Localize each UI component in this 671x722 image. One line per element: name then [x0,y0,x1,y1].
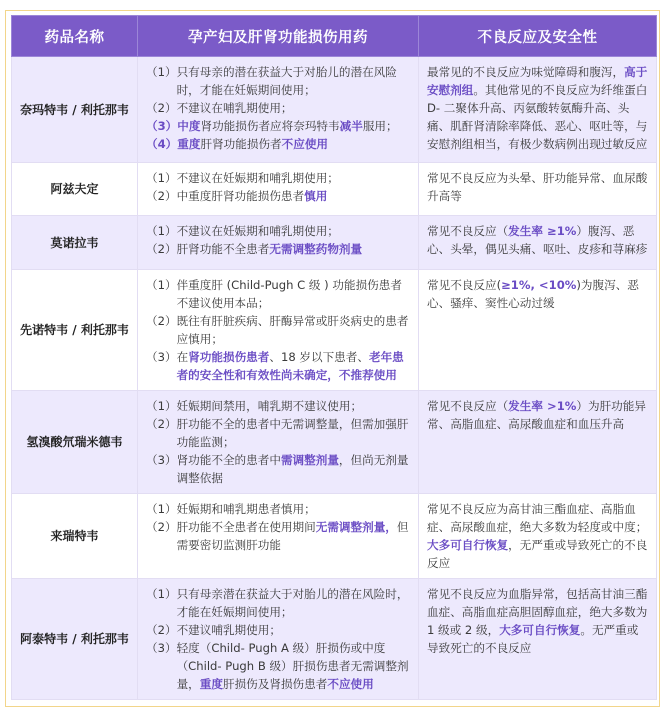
table-body: 奈玛特韦 / 利托那韦（1）只有母亲的潜在获益大于对胎儿的潜在风险时，才能在妊娠… [12,57,657,700]
usage-item: （2）既往有肝脏疾病、肝酶异常或肝炎病史的患者应慎用； [146,312,410,348]
body-text: 只有母亲的潜在获益大于对胎儿的潜在风险时，才能在妊娠期间使用； [177,65,397,97]
table-row: 先诺特韦 / 利托那韦（1）伴重度肝 (Child-Pugh C 级 ) 功能损… [12,270,657,391]
body-text: 肝功能不全的患者中无需调整量，但需加强肝功能监测； [177,417,409,449]
body-text: 常见不良反应（ [427,224,508,238]
body-text: 不建议在哺乳期使用； [177,101,293,115]
body-text: 肝损伤及肾损伤患者 [223,677,327,691]
safety-cell: 常见不良反应（发生率 >1%）为肝功能异常、高脂血症、高尿酸血症和血压升高 [419,391,657,494]
item-text: 只有母亲潜在获益大于对胎儿的潜在风险时，才能在妊娠期间使用； [177,585,410,621]
item-text: 不建议在妊娠期和哺乳期使用； [177,222,410,240]
body-text: 妊娠期和哺乳期患者慎用； [177,502,316,516]
safety-cell: 常见不良反应（发生率 ≥1%）腹泻、恶心、头晕，偶见头痛、呕吐、皮疹和荨麻疹 [419,216,657,270]
highlight-text: 发生率 ≥1% [508,224,576,238]
usage-item: （1）伴重度肝 (Child-Pugh C 级 ) 功能损伤患者不建议使用本品； [146,276,410,312]
item-text: 在肾功能损伤患者、18 岁以下患者、老年患者的安全性和有效性尚未确定，不推荐使用 [177,348,410,384]
body-text: 只有母亲潜在获益大于对胎儿的潜在风险时，才能在妊娠期间使用； [177,587,409,619]
body-text: 既往有肝脏疾病、肝酶异常或肝炎病史的患者应慎用； [177,314,409,346]
highlight-text: 发生率 >1% [508,399,576,413]
item-text: 轻度（Child- Pugh A 级）肝损伤或中度（Child- Pugh B … [177,639,410,693]
table-row: 阿兹夫定（1）不建议在妊娠期和哺乳期使用；（2）中重度肝肾功能损伤患者慎用常见不… [12,163,657,216]
safety-cell: 最常见的不良反应为味觉障碍和腹泻，高于安慰剂组。其他常见的不良反应为纤维蛋白 D… [419,57,657,163]
item-text: 妊娠期和哺乳期患者慎用； [177,500,410,518]
item-text: 不建议在哺乳期使用； [177,99,410,117]
body-text: 、18 岁以下患者、 [269,350,369,364]
body-text: 服用； [363,119,398,133]
safety-cell: 常见不良反应(≥1%, <10%)为腹泻、恶心、骚痒、窦性心动过缓 [419,270,657,391]
table-row: 阿泰特韦 / 利托那韦（1）只有母亲潜在获益大于对胎儿的潜在风险时，才能在妊娠期… [12,579,657,700]
body-text: 肝肾功能不全患者 [177,242,270,256]
item-number: （1） [146,585,177,621]
body-text: 中重度肝肾功能损伤患者 [177,189,305,203]
usage-cell: （1）不建议在妊娠期和哺乳期使用；（2）中重度肝肾功能损伤患者慎用 [138,163,419,216]
body-text: 常见不良反应为头晕、肝功能异常、血尿酸升高等 [427,171,647,203]
table-row: 氢溴酸氘瑞米德韦（1）妊娠期间禁用，哺乳期不建议使用；（2）肝功能不全的患者中无… [12,391,657,494]
highlight-text: 慎用 [304,189,327,203]
header-usage: 孕产妇及肝肾功能损伤用药 [138,16,419,57]
usage-item: （3）在肾功能损伤患者、18 岁以下患者、老年患者的安全性和有效性尚未确定，不推… [146,348,410,384]
body-text: 最常见的不良反应为味觉障碍和腹泻， [427,65,624,79]
highlight-text: 不应使用 [282,137,328,151]
drug-comparison-table: 药品名称 孕产妇及肝肾功能损伤用药 不良反应及安全性 奈玛特韦 / 利托那韦（1… [11,15,657,700]
item-number: （2） [146,312,177,348]
body-text: 在 [177,350,189,364]
usage-cell: （1）不建议在妊娠期和哺乳期使用；（2）肝肾功能不全患者无需调整药物剂量 [138,216,419,270]
highlight-text: 无需调整剂量， [316,520,397,534]
highlight-text: 不应使用 [327,677,373,691]
table-row: 来瑞特韦（1）妊娠期和哺乳期患者慎用；（2）肝功能不全患者在使用期间无需调整剂量… [12,494,657,579]
usage-item: （1）只有母亲潜在获益大于对胎儿的潜在风险时，才能在妊娠期间使用； [146,585,410,621]
usage-item: （1）不建议在妊娠期和哺乳期使用； [146,169,410,187]
highlight-text: ≥1%, <10% [501,278,576,292]
item-number: （1） [146,397,177,415]
item-text: 中度肾功能损伤者应将奈玛特韦减半服用； [177,117,410,135]
item-text: 既往有肝脏疾病、肝酶异常或肝炎病史的患者应慎用； [177,312,410,348]
table-row: 奈玛特韦 / 利托那韦（1）只有母亲的潜在获益大于对胎儿的潜在风险时，才能在妊娠… [12,57,657,163]
highlight-text: 无需调整药物剂量 [269,242,362,256]
usage-cell: （1）只有母亲的潜在获益大于对胎儿的潜在风险时，才能在妊娠期间使用；（2）不建议… [138,57,419,163]
usage-item: （3）轻度（Child- Pugh A 级）肝损伤或中度（Child- Pugh… [146,639,410,693]
body-text: 不建议在妊娠期和哺乳期使用； [177,171,339,185]
body-text: 伴重度肝 (Child-Pugh C 级 ) 功能损伤患者不建议使用本品； [177,278,402,310]
usage-item: （3）中度肾功能损伤者应将奈玛特韦减半服用； [146,117,410,135]
highlight-text: 肾功能损伤患者 [188,350,269,364]
drug-name-cell: 氢溴酸氘瑞米德韦 [12,391,138,494]
item-number: （2） [146,240,177,258]
item-number: （2） [146,99,177,117]
item-text: 中重度肝肾功能损伤患者慎用 [177,187,410,205]
header-row: 药品名称 孕产妇及肝肾功能损伤用药 不良反应及安全性 [12,16,657,57]
drug-name-cell: 阿兹夫定 [12,163,138,216]
highlight-text: 大多可自行恢复 [427,538,508,552]
item-number: （2） [146,415,177,451]
safety-cell: 常见不良反应为高甘油三酯血症、高脂血症、高尿酸血症，绝大多数为轻度或中度；大多可… [419,494,657,579]
item-text: 肝功能不全患者在使用期间无需调整剂量，但需要密切监测肝功能 [177,518,410,554]
body-text: 肾功能不全的患者中 [177,453,281,467]
safety-cell: 常见不良反应为血脂异常，包括高甘油三酯血症、高脂血症高胆固醇血症，绝大多数为 1… [419,579,657,700]
highlight-text: 减半 [340,119,363,133]
body-text: 妊娠期间禁用，哺乳期不建议使用； [177,399,363,413]
body-text: 常见不良反应（ [427,399,508,413]
item-number: （1） [146,276,177,312]
item-number: （1） [146,169,177,187]
usage-item: （3）肾功能不全的患者中需调整剂量，但尚无剂量调整依据 [146,451,410,487]
usage-item: （2）中重度肝肾功能损伤患者慎用 [146,187,410,205]
table-row: 莫诺拉韦（1）不建议在妊娠期和哺乳期使用；（2）肝肾功能不全患者无需调整药物剂量… [12,216,657,270]
item-text: 肝功能不全的患者中无需调整量，但需加强肝功能监测； [177,415,410,451]
drug-name-cell: 阿泰特韦 / 利托那韦 [12,579,138,700]
usage-cell: （1）妊娠期和哺乳期患者慎用；（2）肝功能不全患者在使用期间无需调整剂量，但需要… [138,494,419,579]
highlight-text: 中度 [177,119,200,133]
drug-name-cell: 奈玛特韦 / 利托那韦 [12,57,138,163]
item-text: 伴重度肝 (Child-Pugh C 级 ) 功能损伤患者不建议使用本品； [177,276,410,312]
usage-item: （2）肝功能不全患者在使用期间无需调整剂量，但需要密切监测肝功能 [146,518,410,554]
body-text: 肝功能不全患者在使用期间 [177,520,316,534]
body-text: 常见不良反应为高甘油三酯血症、高脂血症、高尿酸血症，绝大多数为轻度或中度； [427,502,647,534]
usage-item: （1）不建议在妊娠期和哺乳期使用； [146,222,410,240]
item-number: （2） [146,621,177,639]
item-text: 重度肝肾功能损伤者不应使用 [177,135,410,153]
drug-name-cell: 先诺特韦 / 利托那韦 [12,270,138,391]
header-safety: 不良反应及安全性 [419,16,657,57]
item-number: （2） [146,187,177,205]
usage-cell: （1）只有母亲潜在获益大于对胎儿的潜在风险时，才能在妊娠期间使用；（2）不建议哺… [138,579,419,700]
highlight-text: 重度 [177,137,200,151]
usage-item: （2）不建议哺乳期使用； [146,621,410,639]
usage-item: （2）肝肾功能不全患者无需调整药物剂量 [146,240,410,258]
usage-cell: （1）妊娠期间禁用，哺乳期不建议使用；（2）肝功能不全的患者中无需调整量，但需加… [138,391,419,494]
usage-item: （1）妊娠期间禁用，哺乳期不建议使用； [146,397,410,415]
item-text: 不建议在妊娠期和哺乳期使用； [177,169,410,187]
item-number: （2） [146,518,177,554]
item-number: （3） [146,639,177,693]
usage-item: （2）不建议在哺乳期使用； [146,99,410,117]
item-number: （1） [146,500,177,518]
item-number: （3） [146,117,177,135]
header-drug-name: 药品名称 [12,16,138,57]
item-text: 只有母亲的潜在获益大于对胎儿的潜在风险时，才能在妊娠期间使用； [177,63,410,99]
body-text: 肝肾功能损伤者 [200,137,281,151]
item-text: 肝肾功能不全患者无需调整药物剂量 [177,240,410,258]
item-number: （1） [146,222,177,240]
body-text: 不建议哺乳期使用； [177,623,281,637]
highlight-text: 大多可自行恢复 [499,623,580,637]
drug-name-cell: 来瑞特韦 [12,494,138,579]
drug-name-cell: 莫诺拉韦 [12,216,138,270]
body-text: 常见不良反应( [427,278,501,292]
item-text: 不建议哺乳期使用； [177,621,410,639]
item-text: 妊娠期间禁用，哺乳期不建议使用； [177,397,410,415]
highlight-text: 需调整剂量 [281,453,339,467]
usage-item: （4）重度肝肾功能损伤者不应使用 [146,135,410,153]
usage-item: （1）妊娠期和哺乳期患者慎用； [146,500,410,518]
item-number: （3） [146,348,177,384]
body-text: 肾功能损伤者应将奈玛特韦 [200,119,339,133]
usage-item: （1）只有母亲的潜在获益大于对胎儿的潜在风险时，才能在妊娠期间使用； [146,63,410,99]
safety-cell: 常见不良反应为头晕、肝功能异常、血尿酸升高等 [419,163,657,216]
item-number: （3） [146,451,177,487]
item-text: 肾功能不全的患者中需调整剂量，但尚无剂量调整依据 [177,451,410,487]
body-text: 不建议在妊娠期和哺乳期使用； [177,224,339,238]
highlight-text: 重度 [200,677,223,691]
item-number: （1） [146,63,177,99]
usage-cell: （1）伴重度肝 (Child-Pugh C 级 ) 功能损伤患者不建议使用本品；… [138,270,419,391]
usage-item: （2）肝功能不全的患者中无需调整量，但需加强肝功能监测； [146,415,410,451]
item-number: （4） [146,135,177,153]
